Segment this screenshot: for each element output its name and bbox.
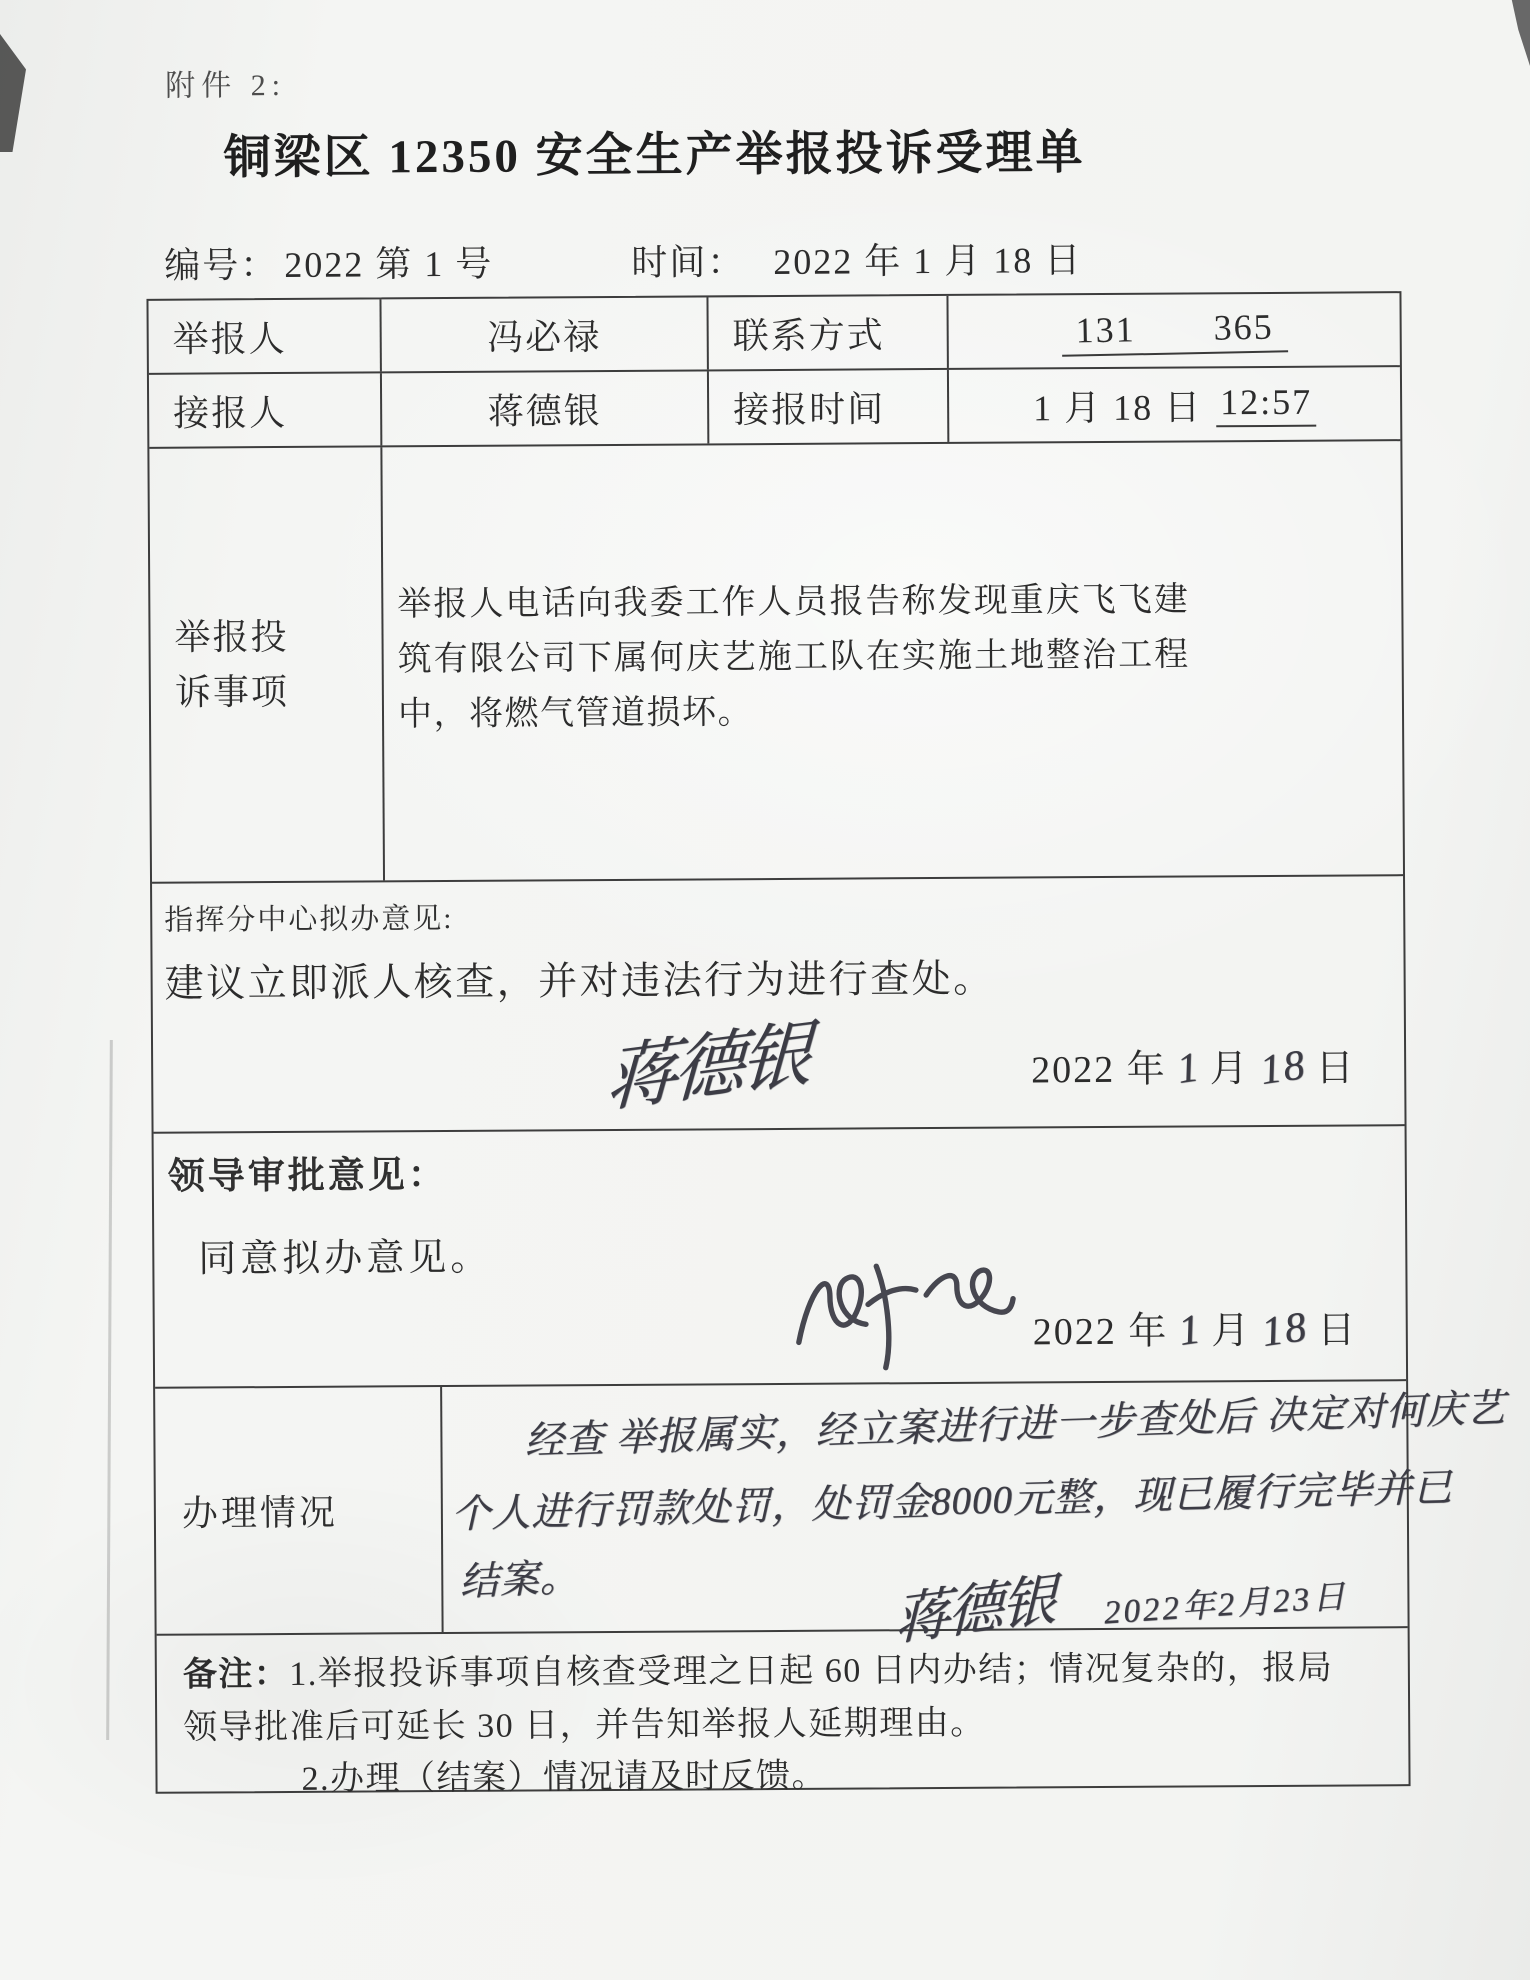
leader-date-day-handwritten: 18 [1258, 1303, 1310, 1357]
complaint-body: 举报人电话向我委工作人员报告称发现重庆飞飞建筑有限公司下属何庆艺施工队在实施土地… [382, 442, 1191, 880]
remarks-line1: 备注：1.举报投诉事项自核查受理之日起 60 日内办结；情况复杂的，报局 [183, 1642, 1384, 1702]
remarks-section: 备注：1.举报投诉事项自核查受理之日起 60 日内办结；情况复杂的，报局 领导批… [157, 1628, 1409, 1792]
contact-number-suffix: 365 [1213, 305, 1274, 348]
scan-edge-streak [106, 1040, 113, 1740]
center-opinion-signature: 蒋德银 [604, 995, 811, 1127]
receiver-name: 蒋德银 [382, 371, 709, 445]
center-date-day-handwritten: 18 [1256, 1041, 1308, 1095]
reporter-row: 举报人 冯必禄 联系方式 131 365 [148, 293, 1399, 375]
center-date-month-unit: 月 [1210, 1037, 1250, 1092]
center-opinion-text: 建议立即派人核查，并对违法行为进行查处。 [152, 931, 1403, 1009]
center-date-day-unit: 日 [1316, 1036, 1356, 1091]
leader-date-month-unit: 月 [1211, 1299, 1251, 1354]
contact-number-redacted-gap [1136, 348, 1214, 350]
center-date-month-handwritten: 1 [1173, 1043, 1203, 1094]
reporter-label: 举报人 [148, 299, 381, 372]
complaint-label-line2: 诉事项 [175, 669, 289, 715]
handling-row: 办理情况 经查 举报属实，经立案进行进一步查处后 决定对何庆艺 个人进行罚款处罚… [155, 1381, 1407, 1636]
leader-opinion-date: 2022 年 1 月 18 日 [1033, 1298, 1358, 1355]
handling-label: 办理情况 [155, 1387, 443, 1634]
center-date-year: 2022 年 [1031, 1038, 1167, 1094]
leader-signature-scribble [777, 1231, 1024, 1392]
handling-handwritten-line1: 经查 举报属实，经立案进行进一步查处后 决定对何庆艺 [524, 1377, 1507, 1466]
received-time-label: 接报时间 [709, 370, 949, 443]
scanned-form-document: 附件 2: 铜梁区 12350 安全生产举报投诉受理单 编号： 2022 第 1… [145, 53, 1411, 1794]
received-time-cell: 1 月 18 日 12:57 [949, 367, 1400, 442]
complaint-label-line1: 举报投 [174, 614, 288, 660]
handling-handwritten-line2: 个人进行罚款处罚，处罚金8000元整，现已履行完毕并已 [450, 1456, 1453, 1539]
reporter-name: 冯必禄 [381, 297, 708, 371]
handling-handwritten-line3: 结案。 [458, 1546, 580, 1607]
center-opinion-label: 指挥分中心拟办意见: [152, 876, 1403, 939]
remarks-item2: 2.办理（结案）情况请及时反馈。 [183, 1748, 1384, 1808]
complaint-row: 举报投 诉事项 举报人电话向我委工作人员报告称发现重庆飞飞建筑有限公司下属何庆艺… [149, 441, 1403, 884]
meta-row: 编号： 2022 第 1 号 时间： 2022 年 1 月 18 日 [146, 230, 1401, 289]
remarks-item1-part1: 1.举报投诉事项自核查受理之日起 60 日内办结；情况复杂的，报局 [289, 1650, 1333, 1693]
doc-number: 编号： 2022 第 1 号 [146, 235, 631, 289]
receiver-label: 接报人 [149, 373, 382, 446]
complaint-label: 举报投 诉事项 [149, 447, 385, 881]
complaint-text: 举报人电话向我委工作人员报告称发现重庆飞飞建筑有限公司下属何庆艺施工队在实施土地… [397, 572, 1190, 742]
leader-opinion-label: 领导审批意见： [154, 1126, 1405, 1200]
received-clock: 12:57 [1216, 381, 1316, 428]
doc-time-value: 2022 年 1 月 18 日 [773, 232, 1082, 285]
leader-date-month-handwritten: 1 [1175, 1305, 1205, 1356]
doc-number-label: 编号： [164, 237, 278, 289]
doc-number-value: 2022 第 1 号 [284, 236, 493, 288]
leader-date-day-unit: 日 [1317, 1298, 1357, 1353]
leader-date-year: 2022 年 [1033, 1300, 1169, 1356]
receiver-row: 接报人 蒋德银 接报时间 1 月 18 日 12:57 [149, 367, 1400, 449]
center-opinion-section: 指挥分中心拟办意见: 建议立即派人核查，并对违法行为进行查处。 蒋德银 2022… [152, 876, 1405, 1134]
contact-cell: 131 365 [948, 293, 1399, 368]
handling-date-handwritten: 2022年2月23日 [1102, 1570, 1349, 1633]
form-table: 举报人 冯必禄 联系方式 131 365 接报人 蒋德银 接报时间 1 月 18… [146, 291, 1410, 1794]
remarks-label: 备注： [183, 1656, 290, 1694]
contact-label: 联系方式 [708, 296, 948, 369]
scan-artifact-top-left [0, 34, 26, 152]
attachment-label: 附件 2: [145, 53, 1400, 105]
doc-time: 时间： 2022 年 1 月 18 日 [631, 232, 1082, 286]
contact-number: 131 365 [1061, 305, 1288, 357]
contact-number-prefix: 131 [1075, 308, 1136, 351]
remarks-item1-part2: 领导批准后可延长 30 日，并告知举报人延期理由。 [183, 1695, 1384, 1755]
received-date: 1 月 18 日 [1033, 379, 1202, 431]
scan-artifact-top-right [1504, 0, 1530, 66]
form-title: 铜梁区 12350 安全生产举报投诉受理单 [145, 113, 1400, 188]
handling-body: 经查 举报属实，经立案进行进一步查处后 决定对何庆艺 个人进行罚款处罚，处罚金8… [442, 1381, 1407, 1632]
doc-time-label: 时间： [631, 234, 745, 286]
leader-opinion-section: 领导审批意见： 同意拟办意见。 2022 年 1 月 18 日 [154, 1126, 1407, 1389]
center-opinion-date: 2022 年 1 月 18 日 [1031, 1036, 1356, 1093]
